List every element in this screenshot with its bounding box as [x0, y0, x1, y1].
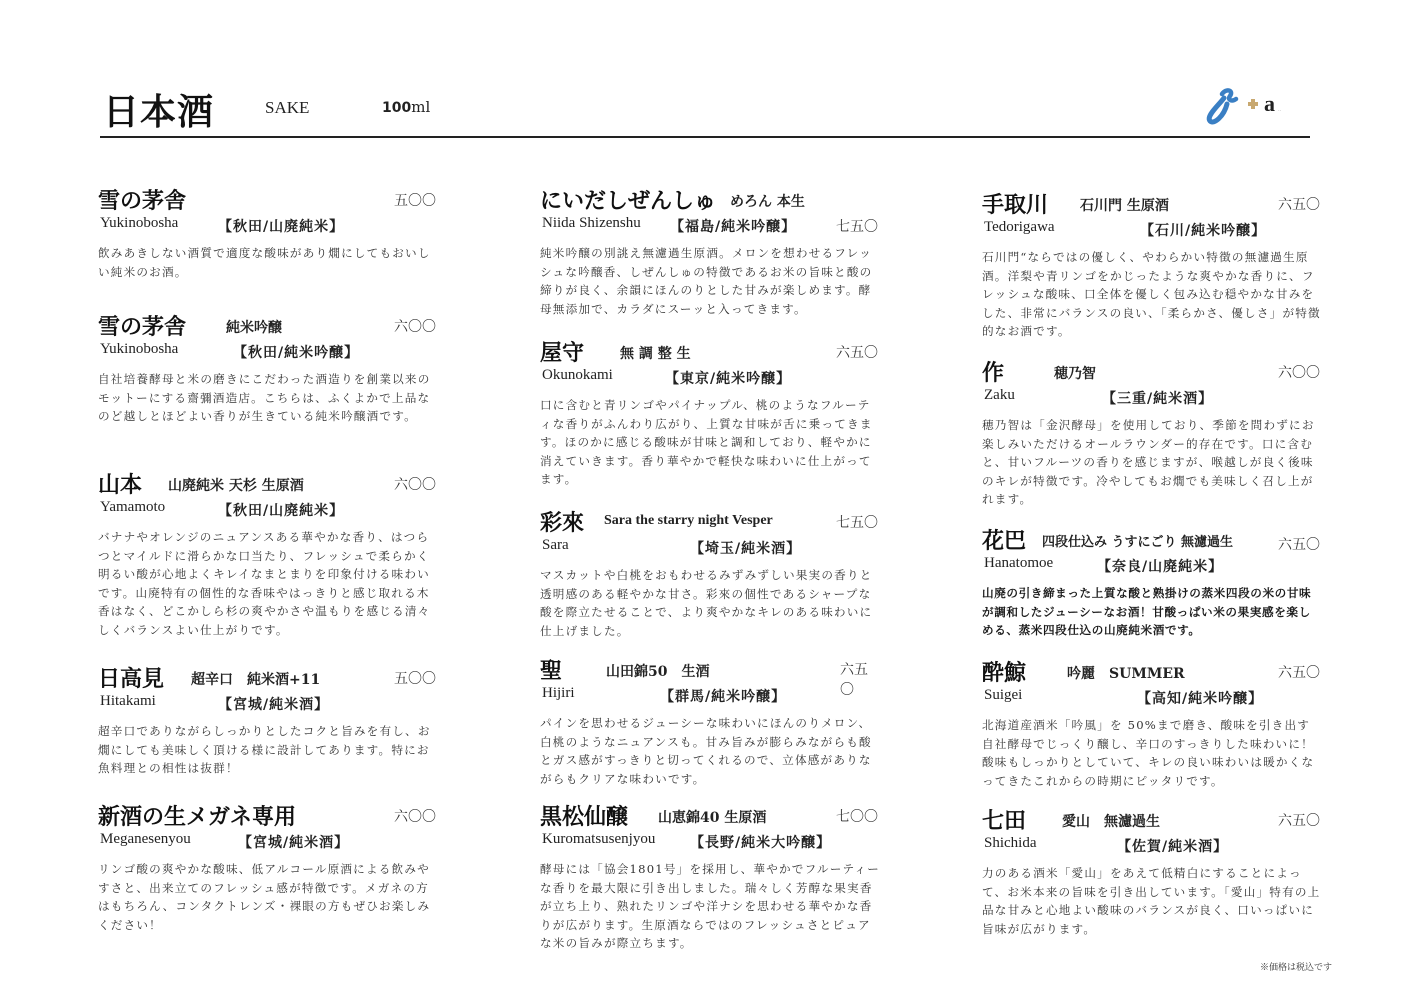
- sake-price: 七〇〇: [836, 806, 878, 826]
- sake-description: 純米吟醸の別誂え無濾過生原酒。メロンを想わせるフレッシュな吟醸香、しぜんしゅの特…: [540, 244, 880, 318]
- sake-item: 酔鯨吟麗 SUMMER六五〇 Suigei【高知/純米吟醸】 北海道産酒米「吟風…: [982, 656, 1322, 790]
- sake-variant: 四段仕込み うすにごり 無濾過生: [1042, 531, 1233, 550]
- sake-name: 手取川: [982, 188, 1048, 219]
- sake-description: バナナやオレンジのニュアンスある華やかな香り、はつらつとマイルドに滑らかな口当た…: [98, 528, 438, 639]
- sake-origin: 【福島/純米吟醸】: [670, 216, 796, 236]
- sake-romaji: Meganesenyou: [100, 831, 191, 848]
- sake-name: 黒松仙醸: [540, 800, 628, 831]
- serving-size: 100ml: [382, 98, 430, 116]
- sake-origin: 【奈良/山廃純米】: [1097, 556, 1223, 576]
- sake-romaji: Tedorigawa: [984, 219, 1055, 236]
- sake-description: 自社培養酵母と米の磨きにこだわった酒造りを創業以来のモットーにする齋彌酒造店。こ…: [98, 370, 438, 426]
- sake-romaji: Hanatomoe: [984, 555, 1053, 572]
- sake-name: にいだしぜんしゅ: [540, 184, 716, 215]
- sake-description: 山廃の引き締まった上質な酸と熟掛けの蒸米四段の米の甘味が調和したジューシーなお酒…: [982, 584, 1322, 640]
- sake-name: 雪の茅舎: [98, 310, 186, 341]
- sake-variant: 無 調 整 生: [620, 343, 691, 363]
- sake-origin: 【宮城/純米酒】: [238, 832, 349, 852]
- sake-item: 山本山廃純米 天杉 生原酒六〇〇 Yamamoto【秋田/山廃純米】 バナナやオ…: [98, 468, 438, 639]
- sake-name: 雪の茅舎: [98, 184, 186, 215]
- sake-variant: 石川門 生原酒: [1080, 195, 1169, 215]
- sake-price: 六〇〇: [394, 316, 436, 336]
- sake-description: 超辛口でありながらしっかりとしたコクと旨みを有し、お燗にしても美味しく頂ける様に…: [98, 722, 438, 778]
- brand-logo: a ..: [1200, 86, 1300, 126]
- sake-description: 口に含むと青リンゴやパイナップル、桃のようなフルーティな香りがふんわり広がり、上…: [540, 396, 880, 489]
- sake-origin: 【埼玉/純米酒】: [690, 538, 801, 558]
- sake-romaji: Hijiri: [542, 685, 575, 702]
- sake-item: 彩來Sara the starry night Vesper七五〇 Sara【埼…: [540, 506, 880, 640]
- sake-price: 六五〇: [1278, 194, 1320, 214]
- sake-name: 山本: [98, 468, 142, 499]
- sake-description: 石川門“ならではの優しく、やわらかい特徴の無濾過生原酒。洋梨や青リンゴをかじった…: [982, 248, 1322, 341]
- brand-mark-icon: a ..: [1200, 86, 1300, 126]
- sake-name: 聖: [540, 654, 562, 685]
- sake-origin: 【秋田/山廃純米】: [218, 216, 344, 236]
- sake-description: 穂乃智は「金沢酵母」を使用しており、季節を問わずにお楽しみいただけるオールラウン…: [982, 416, 1322, 509]
- sake-name: 作: [982, 356, 1004, 387]
- tax-note: ※価格は税込です: [1260, 960, 1332, 973]
- sake-variant: 山田錦50 生酒: [606, 661, 709, 681]
- sake-description: マスカットや白桃をおもわせるみずみずしい果実の香りと透明感のある軽やかな甘さ。彩…: [540, 566, 880, 640]
- page-subtitle: SAKE: [265, 98, 309, 118]
- sake-romaji: Niida Shizenshu: [542, 215, 641, 232]
- sake-name: 彩來: [540, 506, 584, 537]
- sake-description: パインを思わせるジューシーな味わいにほんのりメロン、白桃のようなニュアンスも。甘…: [540, 714, 880, 788]
- sake-romaji: Yukinobosha: [100, 215, 178, 232]
- sake-description: 力のある酒米「愛山」をあえて低精白にすることによって、お米本来の旨味を引き出して…: [982, 864, 1322, 938]
- sake-price: 六五〇: [836, 342, 878, 362]
- sake-romaji: Sara: [542, 537, 569, 554]
- sake-description: 酵母には「協会1801号」を採用し、華やかでフルーティーな香りを最大限に引き出し…: [540, 860, 880, 953]
- sake-variant: 山廃純米 天杉 生原酒: [168, 475, 304, 495]
- sake-variant: 穂乃智: [1054, 363, 1096, 383]
- sake-price: 五〇〇: [394, 190, 436, 210]
- sake-origin: 【群馬/純米吟醸】: [660, 686, 786, 706]
- sake-origin: 【佐賀/純米酒】: [1117, 836, 1228, 856]
- sake-item: 黒松仙醸山恵錦40 生原酒七〇〇 Kuromatsusenjyou【長野/純米大…: [540, 800, 880, 953]
- sake-origin: 【石川/純米吟醸】: [1140, 220, 1266, 240]
- sake-romaji: Yamamoto: [100, 499, 165, 516]
- sake-price: 五〇〇: [394, 668, 436, 688]
- sake-romaji: Hitakami: [100, 693, 156, 710]
- sake-origin: 【長野/純米大吟醸】: [690, 832, 831, 852]
- sake-variant: 山恵錦40 生原酒: [658, 807, 766, 827]
- serving-size-number: 100: [382, 100, 411, 116]
- sake-item: 七田愛山 無濾過生六五〇 Shichida【佐賀/純米酒】 力のある酒米「愛山」…: [982, 804, 1322, 938]
- svg-text:..: ..: [1278, 107, 1282, 113]
- serving-size-unit: ml: [411, 98, 430, 116]
- sake-variant: めろん 本生: [730, 191, 805, 211]
- sake-price: 六五〇: [1278, 662, 1320, 682]
- sake-item: 新酒の生メガネ専用六〇〇 Meganesenyou【宮城/純米酒】 リンゴ酸の爽…: [98, 800, 438, 934]
- sake-description: リンゴ酸の爽やかな酸味、低アルコール原酒による飲みやすさと、出来立てのフレッシュ…: [98, 860, 438, 934]
- sake-variant: Sara the starry night Vesper: [604, 513, 773, 529]
- svg-text:a: a: [1264, 91, 1275, 116]
- sake-price: 六五〇: [1278, 810, 1320, 830]
- sake-variant: 吟麗 SUMMER: [1067, 663, 1185, 683]
- header-divider: [100, 136, 1310, 138]
- sake-name: 花巴: [982, 524, 1026, 555]
- menu-header: 日本酒 SAKE 100ml a ..: [100, 80, 1310, 140]
- sake-name: 七田: [982, 804, 1026, 835]
- sake-name: 屋守: [540, 336, 584, 367]
- sake-variant: 超辛口 純米酒+11: [191, 669, 320, 689]
- sake-description: 北海道産酒米「吟風」を 50%まで磨き、酸味を引き出す自社酵母でじっくり醸し、辛…: [982, 716, 1322, 790]
- sake-name: 酔鯨: [982, 656, 1026, 687]
- sake-item: 作穂乃智六〇〇 Zaku【三重/純米酒】 穂乃智は「金沢酵母」を使用しており、季…: [982, 356, 1322, 509]
- sake-item: にいだしぜんしゅめろん 本生 Niida Shizenshu【福島/純米吟醸】七…: [540, 184, 880, 318]
- sake-item: 雪の茅舎五〇〇 Yukinobosha【秋田/山廃純米】 飲みあきしない酒質で適…: [98, 184, 438, 281]
- sake-item: 日高見超辛口 純米酒+11五〇〇 Hitakami【宮城/純米酒】 超辛口であり…: [98, 662, 438, 778]
- sake-origin: 【高知/純米吟醸】: [1137, 688, 1263, 708]
- sake-romaji: Kuromatsusenjyou: [542, 831, 655, 848]
- sake-price: 六五〇: [1278, 534, 1320, 554]
- sake-price: 六〇〇: [1278, 362, 1320, 382]
- sake-romaji: Okunokami: [542, 367, 613, 384]
- sake-romaji: Zaku: [984, 387, 1015, 404]
- sake-item: 屋守無 調 整 生六五〇 Okunokami【東京/純米吟醸】 口に含むと青リン…: [540, 336, 880, 489]
- sake-variant: 純米吟醸: [226, 317, 282, 337]
- sake-item: 聖山田錦50 生酒六五〇 Hijiri【群馬/純米吟醸】 パインを思わせるジュー…: [540, 654, 880, 788]
- sake-price: 七五〇: [836, 512, 878, 532]
- sake-name: 新酒の生メガネ専用: [98, 800, 296, 831]
- sake-item: 雪の茅舎純米吟醸六〇〇 Yukinobosha【秋田/純米吟醸】 自社培養酵母と…: [98, 310, 438, 426]
- sake-item: 花巴四段仕込み うすにごり 無濾過生六五〇 Hanatomoe【奈良/山廃純米】…: [982, 524, 1322, 640]
- sake-origin: 【東京/純米吟醸】: [665, 368, 791, 388]
- sake-origin: 【宮城/純米酒】: [218, 694, 329, 714]
- sake-description: 飲みあきしない酒質で適度な酸味があり燗にしてもおいしい純米のお酒。: [98, 244, 438, 281]
- sake-romaji: Suigei: [984, 687, 1022, 704]
- sake-variant: 愛山 無濾過生: [1062, 811, 1160, 831]
- page-title: 日本酒: [103, 84, 214, 135]
- sake-origin: 【秋田/純米吟醸】: [233, 342, 359, 362]
- sake-romaji: Yukinobosha: [100, 341, 178, 358]
- sake-romaji: Shichida: [984, 835, 1037, 852]
- sake-price: 六〇〇: [394, 806, 436, 826]
- sake-item: 手取川石川門 生原酒六五〇 Tedorigawa【石川/純米吟醸】 石川門“なら…: [982, 188, 1322, 341]
- sake-origin: 【秋田/山廃純米】: [218, 500, 344, 520]
- sake-price: 七五〇: [836, 216, 878, 236]
- sake-origin: 【三重/純米酒】: [1102, 388, 1213, 408]
- sake-price: 六〇〇: [394, 474, 436, 494]
- sake-name: 日高見: [98, 662, 164, 693]
